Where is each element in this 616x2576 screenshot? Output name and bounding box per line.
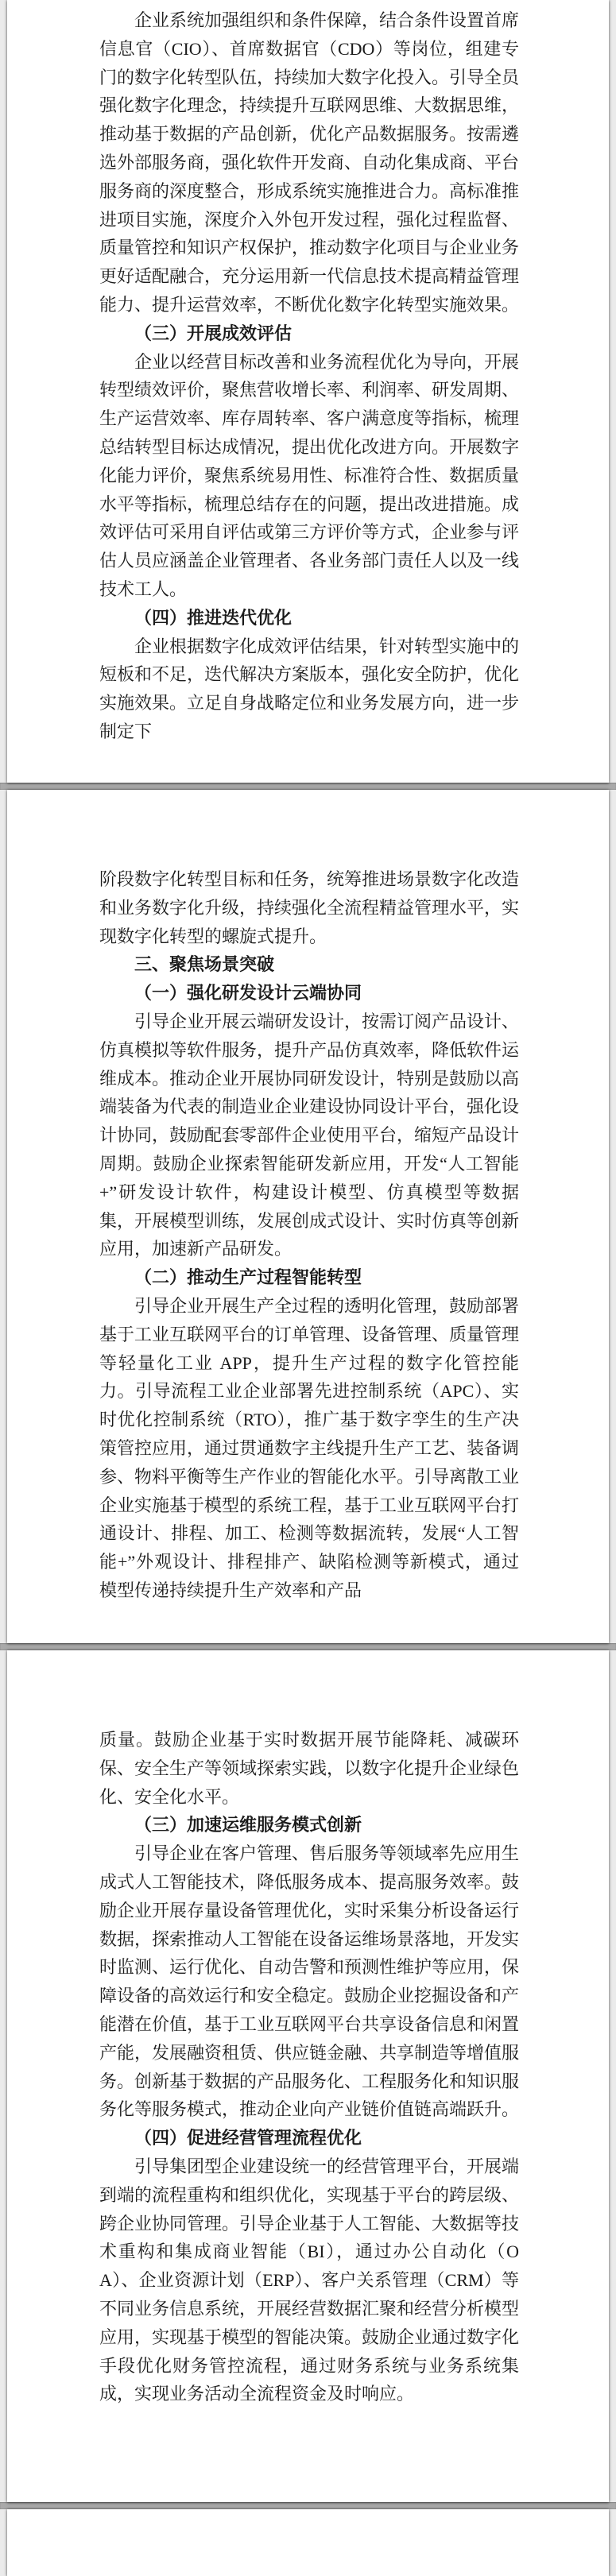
section-heading: 三、聚焦场景突破 — [99, 950, 519, 979]
body-paragraph: 企业根据数字化成效评估结果，针对转型实施中的短板和不足，迭代解决方案版本，强化安… — [99, 632, 519, 746]
body-paragraph: 企业系统加强组织和条件保障，结合条件设置首席信息官（CIO）、首席数据官（CDO… — [99, 6, 519, 319]
body-paragraph: 阶段数字化转型目标和任务，统筹推进场景数字化改造和业务数字化升级，持续强化全流程… — [99, 865, 519, 950]
subsection-heading: （二）推动生产过程智能转型 — [99, 1263, 519, 1292]
subsection-heading: （三）开展成效评估 — [99, 319, 519, 348]
body-paragraph: 质量。鼓励企业基于实时数据开展节能降耗、减碳环保、安全生产等领域探索实践，以数字… — [99, 1726, 519, 1811]
page-1-content: 企业系统加强组织和条件保障，结合条件设置首席信息官（CIO）、首席数据官（CDO… — [7, 0, 609, 746]
subsection-heading: （四）推进迭代优化 — [99, 604, 519, 632]
page-2-content: 阶段数字化转型目标和任务，统筹推进场景数字化改造和业务数字化升级，持续强化全流程… — [7, 790, 609, 1605]
document-page-4 — [7, 2509, 609, 2576]
page-gap — [0, 2502, 616, 2509]
subsection-heading: （一）强化研发设计云端协同 — [99, 979, 519, 1008]
body-paragraph: 引导企业在客户管理、售后服务等领域率先应用生成式人工智能技术，降低服务成本、提高… — [99, 1839, 519, 2124]
page-gap — [0, 1643, 616, 1650]
page-3-content: 质量。鼓励企业基于实时数据开展节能降耗、减碳环保、安全生产等领域探索实践，以数字… — [7, 1650, 609, 2408]
subsection-heading: （四）促进经营管理流程优化 — [99, 2124, 519, 2152]
body-paragraph: 企业以经营目标改善和业务流程优化为导向，开展转型绩效评价，聚焦营收增长率、利润率… — [99, 348, 519, 604]
subsection-heading: （三）加速运维服务模式创新 — [99, 1811, 519, 1839]
document-viewport: 企业系统加强组织和条件保障，结合条件设置首席信息官（CIO）、首席数据官（CDO… — [0, 0, 616, 2576]
body-paragraph: 引导企业开展生产全过程的透明化管理，鼓励部署基于工业互联网平台的订单管理、设备管… — [99, 1292, 519, 1605]
document-page-1: 企业系统加强组织和条件保障，结合条件设置首席信息官（CIO）、首席数据官（CDO… — [7, 0, 609, 783]
document-page-2: 阶段数字化转型目标和任务，统筹推进场景数字化改造和业务数字化升级，持续强化全流程… — [7, 790, 609, 1643]
document-page-3: 质量。鼓励企业基于实时数据开展节能降耗、减碳环保、安全生产等领域探索实践，以数字… — [7, 1650, 609, 2502]
body-paragraph: 引导企业开展云端研发设计，按需订阅产品设计、仿真模拟等软件服务，提升产品仿真效率… — [99, 1008, 519, 1263]
page-gap — [0, 783, 616, 790]
body-paragraph: 引导集团型企业建设统一的经营管理平台，开展端到端的流程重构和组织优化，实现基于平… — [99, 2152, 519, 2408]
